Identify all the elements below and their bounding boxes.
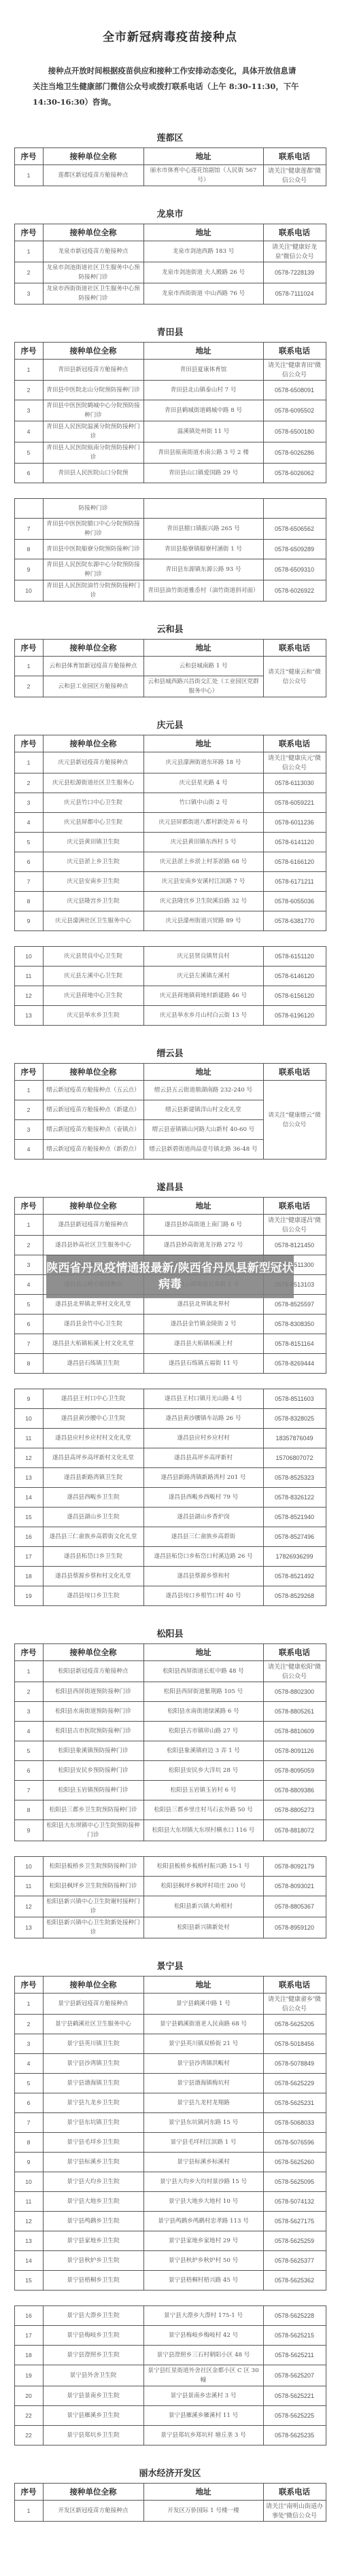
unit-name: 遂昌县三仁畲族乡高碧街文化礼堂 [43,1527,143,1547]
row-number: 1 [14,752,43,773]
unit-name: 景宁县梅岐乡卫生院 [43,2326,143,2346]
table-row: 1遂昌县新冠疫苗方舱接种点遂昌县妙高街道上南门路 6 号请关注“健康遂昌”微信公… [14,1215,326,1236]
row-number: 8 [14,2133,43,2153]
row-number: 2 [14,381,43,400]
section-0: 莲都区序号接种单位全称地址联系电话1莲都区新冠疫苗方舱接种点丽水市体育中心莲花馆… [0,130,340,186]
unit-name: 遂昌县王村口中心卫生院 [43,1389,143,1409]
table-row: 10松阳县板桥乡卫生院预防接种门诊松阳县板桥乡板桥村振兴路 15-1 号0578… [14,1857,326,1877]
row-number: 4 [14,1140,43,1160]
table-row: 9青田县人民医院东源中心分院预防接种门诊青田县东源镇东源公路 93 号0578-… [14,559,326,580]
unit-name: 青田县中医医院鹤城中心分院预防接种门诊 [43,400,143,421]
address: 庆元县贤良镇贤良村 [143,947,263,967]
address: 松阳县枫坪乡枫坪村项庄 200 号 [143,1877,263,1896]
unit-name: 松阳县象溪镇预防接种门诊 [43,1741,143,1761]
address: 龙泉市剑池西路 183 号 [143,241,263,262]
unit-name: 景宁县渤海镇卫生院 [43,2074,143,2093]
unit-name: 庆元县新冠疫苗方舱接种点 [43,752,143,773]
table-row: 3青田县中医医院鹤城中心分院预防接种门诊青田县鹤城街道鹤城中路 8 号0578-… [14,400,326,421]
unit-name: 开发区新冠疫苗方舱接种点 [43,2501,143,2522]
address: 遂昌县湖山乡香炉岗 [143,1508,263,1527]
table-row: 11庆元县左溪中心卫生院庆元县左溪镇左溪村0578-6146120 [14,967,326,986]
unit-name: 莲都区新冠疫苗方舱接种点 [43,165,143,186]
header-phone: 联系电话 [263,1977,326,1994]
address: 遂昌县石练镇五福街 11 号 [143,1354,263,1374]
address: 庆元县黄田镇东西村 5 号 [143,833,263,852]
header-no: 序号 [14,148,43,165]
table-header-row: 序号接种单位全称地址联系电话 [14,735,326,752]
phone: 0578-8328025 [263,1409,326,1429]
phone: 0578-6095502 [263,400,326,421]
row-number: 4 [14,2054,43,2074]
unit-name: 景宁县大漈乡卫生院 [43,2306,143,2326]
site-table-continued: 防接种门诊7青田县中医医院腊口中心分院预防接种门诊青田县腊口镇振兴路 265 号… [14,498,326,602]
unit-name: 庆元县举水乡卫生院 [43,1006,143,1026]
phone: 0578-5627175 [263,2212,326,2231]
phone: 0578-8810609 [263,1722,326,1741]
address: 龙泉市西街街道 中山西路 76 号 [143,283,263,304]
table-row: 7庆元县安南乡卫生院庆元县安南乡安溪村江滨路 7 号0578-6171211 [14,872,326,892]
phone: 17826936299 [263,1547,326,1567]
unit-name: 遂昌县黄沙腰中心卫生院 [43,1409,143,1429]
row-number: 7 [14,1781,43,1800]
row-number: 13 [14,1468,43,1488]
row-number: 7 [14,1334,43,1354]
unit-name: 青田县人民医院瓯南分院预防接种门诊 [43,442,143,464]
row-number: 12 [14,986,43,1006]
address: 庆元县星光路 4 号 [143,773,263,793]
address: 景宁县梅岐乡梅岐村 42 号 [143,2326,263,2346]
row-number: 6 [14,2093,43,2113]
table-row: 10遂昌县黄沙腰中心卫生院遂昌县黄沙腰镇车站路 26 号0578-8328025 [14,1409,326,1429]
address: 遂昌县金竹镇金陵街 2 号 [143,1315,263,1334]
unit-name: 景宁县鸬鹚乡卫生院 [43,2212,143,2231]
table-header-row: 序号接种单位全称地址联系电话 [14,1198,326,1215]
header-phone: 联系电话 [263,1064,326,1081]
row-number: 9 [14,1820,43,1841]
phone: 0578-8092179 [263,1857,326,1877]
row-number: 7 [14,872,43,892]
row-number: 5 [14,1295,43,1315]
phone: 0578-8805273 [263,1800,326,1820]
address: 景宁县秋炉乡秋炉村 50 号 [143,2251,263,2271]
table-row: 8景宁县毛垟乡卫生院景宁县毛垟村江滨路 1 号0578-5076596 [14,2133,326,2153]
address: 青田县瓯南街道水南公路 3 号 2 楼 [143,442,263,464]
address: 景宁县标溪乡标溪村 [143,2153,263,2172]
address: 景宁县大漈乡大漈村 175-1 号 [143,2306,263,2326]
document-title: 全市新冠病毒疫苗接种点 [0,0,340,44]
header-no: 序号 [14,1644,43,1661]
section-title: 遂昌县 [0,1180,340,1193]
phone: 0578-5625259 [263,2231,326,2251]
phone: 0578-8093021 [263,1877,326,1896]
row-number: 19 [14,2365,43,2386]
unit-name: 遂昌县新路湾镇卫生院 [43,1468,143,1488]
site-table: 序号接种单位全称地址联系电话1松阳县新冠疫苗方舱接种点松阳县西屏街道长虹中路 4… [14,1643,326,1841]
table-header-row: 序号接种单位全称地址联系电话 [14,1977,326,1994]
phone: 0578-6026922 [263,580,326,602]
table-row: 11松阳县枫坪乡卫生院预防接种门诊松阳县枫坪乡枫坪村项庄 200 号0578-8… [14,1877,326,1896]
unit-name: 景宁县澄照乡卫生院 [43,2346,143,2365]
section-2: 青田县序号接种单位全称地址联系电话1青田县新冠疫苗方舱接种点青田县夏康体育馆请关… [0,325,340,602]
row-number: 18 [14,2346,43,2365]
unit-name: 青田县人民医院东源中心分院预防接种门诊 [43,559,143,580]
table-row: 2庆元县松源街道社区卫生服务心庆元县星光路 4 号0578-6113030 [14,773,326,793]
site-table: 序号接种单位全称地址联系电话1景宁县新冠疫苗方舱接种点景宁县鹤溪中路 1 号请关… [14,1976,326,2291]
address: 庆元县濛洲街道东环路 18 号 [143,752,263,773]
address: 庆元县隆宫乡卫生院溪沿路 32 号 [143,892,263,911]
unit-name: 庆元县荷地中心卫生院 [43,986,143,1006]
phone: 0578-8521940 [263,1508,326,1527]
phone: 0578-6500180 [263,421,326,442]
row-number: 14 [14,2251,43,2271]
phone: 请关注“健康莲都”微信公众号 [263,165,326,186]
table-row: 13遂昌县新路湾镇卫生院遂昌县新路湾镇新路湾村 201 号0578-852532… [14,1468,326,1488]
table-row: 13庆元县举水乡卫生院庆元县举水乡月山村白云街 13 号0578-6196120 [14,1006,326,1026]
phone: 0578-5625225 [263,2406,326,2426]
phone: 0578-7228139 [263,262,326,283]
table-row: 6庆元县淤上乡卫生院庆元县淤上乡淤上村茶淤路 68 号0578-6166120 [14,852,326,872]
header-unit: 接种单位全称 [43,224,143,241]
phone: 0578-8269444 [263,1354,326,1374]
table-row: 7遂昌县大柘镇柘溪上村文化礼堂遂昌县大柘镇柘溪上村0578-8151164 [14,1334,326,1354]
table-row: 14景宁县秋炉乡卫生院景宁县秋炉乡秋炉村 50 号0578-5625377 [14,2251,326,2271]
phone: 0578-5625377 [263,2251,326,2271]
row-number: 7 [14,519,43,540]
table-row: 1青田县新冠疫苗方舱接种点青田县夏康体育馆请关注“健康青田”微信公众号 [14,360,326,381]
row-number: 1 [14,241,43,262]
table-row: 9景宁县标溪乡卫生院景宁县标溪乡标溪村0578-5625260 [14,2153,326,2172]
phone: 0578-8521492 [263,1567,326,1586]
unit-name: 青田县人民医院山口分院预 [43,464,143,483]
row-number: 2 [14,773,43,793]
table-header-row: 序号接种单位全称地址联系电话 [14,148,326,165]
address: 缙云县壶镇镇山河路大山新村 40-60 号 [143,1120,263,1140]
site-table-continued: 9遂昌县王村口中心卫生院遂昌县王村口镇月光山路 4 号0578-85116031… [14,1389,326,1606]
table-row: 9松阳县大东坝镇中心卫生院预防接种门诊松阳县大东坝镇大东坝村横水口 116 号0… [14,1820,326,1841]
header-address: 地址 [143,224,263,241]
row-number: 22 [14,2406,43,2426]
phone: 0578-6026062 [263,464,326,483]
address: 青田县山口镇爱国路 29 号 [143,464,263,483]
header-phone: 联系电话 [263,1198,326,1215]
row-number: 11 [14,2192,43,2212]
unit-name: 松阳县水南街道预防接种门诊 [43,1702,143,1722]
unit-name: 松阳县枫坪乡卫生院预防接种门诊 [43,1877,143,1896]
phone: 0578-6055036 [263,892,326,911]
row-number: 2 [14,676,43,697]
address: 景宁县鹤溪中路 1 号 [143,1994,263,2015]
row-number: 1 [14,1081,43,1100]
address: 松阳县板桥乡板桥村振兴路 15-1 号 [143,1857,263,1877]
row-number: 17 [14,2326,43,2346]
header-phone: 联系电话 [263,224,326,241]
header-unit: 接种单位全称 [43,2484,143,2501]
section-7: 松阳县序号接种单位全称地址联系电话1松阳县新冠疫苗方舱接种点松阳县西屏街道长虹中… [0,1626,340,1938]
phone: 0578-5625228 [263,2306,326,2326]
header-no: 序号 [14,1064,43,1081]
phone: 0578-5625260 [263,2153,326,2172]
unit-name: 庆元县左溪中心卫生院 [43,967,143,986]
row-number: 4 [14,1722,43,1741]
section-4: 庆元县序号接种单位全称地址联系电话1庆元县新冠疫苗方舱接种点庆元县濛洲街道东环路… [0,718,340,1026]
unit-name: 景宁县家地乡卫生院 [43,2231,143,2251]
address: 遂昌县蔡源乡蔡和村 [143,1567,263,1586]
phone: 0578-8805367 [263,1896,326,1917]
unit-name: 遂昌县垵口乡卫生院 [43,1586,143,1606]
site-table: 序号接种单位全称地址联系电话1庆元县新冠疫苗方舱接种点庆元县濛洲街道东环路 18… [14,735,326,931]
unit-name: 庆元县屏都中心卫生院 [43,813,143,833]
table-row: 1松阳县新冠疫苗方舱接种点松阳县西屏街道长虹中路 48 号请关注“健康松阳”微信… [14,1661,326,1682]
unit-name: 遂昌县妙高社区卫生服务中心 [43,1236,143,1255]
unit-name: 松阳县板桥乡卫生院预防接种门诊 [43,1857,143,1877]
table-row: 2松阳县西屏街道预防接种门诊松阳县西屏街道紫荆路 105 号0578-88023… [14,1682,326,1702]
table-row: 14遂昌县西畈乡卫生院遂昌县西畈乡西畈村 79 号0578-8326122 [14,1488,326,1508]
header-unit: 接种单位全称 [43,735,143,752]
unit-name: 松阳县大东坝镇中心卫生院预防接种门诊 [43,1820,143,1841]
address: 景宁县鸬鹚乡鸬鹚村忠孝路 113 号 [143,2212,263,2231]
table-row: 9遂昌县王村口中心卫生院遂昌县王村口镇月光山路 4 号0578-8511603 [14,1389,326,1409]
address: 温溪镇处州街 11 号 [143,421,263,442]
sections-container: 莲都区序号接种单位全称地址联系电话1莲都区新冠疫苗方舱接种点丽水市体育中心莲花馆… [0,130,340,2522]
header-address: 地址 [143,343,263,360]
address: 景宁县大地乡大地村 10 号 [143,2192,263,2212]
unit-name: 景宁县鹤溪社区卫生服务中心 [43,2015,143,2034]
table-row: 7松阳县玉岩镇预防接种门诊松阳县玉岩镇玉岩村 6 号0578-8809386 [14,1781,326,1800]
phone: 0578-6141120 [263,833,326,852]
address: 青田县鹤城街道鹤城中路 8 号 [143,400,263,421]
phone: 0578-6196120 [263,1006,326,1026]
phone: 请关注“健康青田”微信公众号 [263,360,326,381]
unit-name: 松阳县新兴镇中心卫生院谢村接种门诊 [43,1896,143,1917]
phone: 0578-5625215 [263,2326,326,2346]
phone: 请关注“南明山街道办事处”微信公众号 [263,2501,326,2522]
unit-name: 景宁县外舍卫生院 [43,2365,143,2386]
phone: 请关注“健康松阳”微信公众号 [263,1661,326,1682]
table-row: 6遂昌县金竹中心卫生院遂昌县金竹镇金陵街 2 号0578-8308350 [14,1315,326,1334]
address: 庆元县安南乡安溪村江滨路 7 号 [143,872,263,892]
table-header-row: 序号接种单位全称地址联系电话 [14,2484,326,2501]
address: 庆元县举水乡月山村白云街 13 号 [143,1006,263,1026]
phone: 0578-5625235 [263,2426,326,2446]
phone: 0578-6026286 [263,442,326,464]
table-row: 8松阳县三都乡卫生院预防接种门诊松阳县三都乡里庄村马石玄外路 50 号0578-… [14,1800,326,1820]
unit-name: 遂昌县大柘镇柘溪上村文化礼堂 [43,1334,143,1354]
phone: 0578-5076596 [263,2133,326,2153]
phone: 0578-8805261 [263,1702,326,1722]
phone: 0578-5625221 [263,2386,326,2406]
table-row: 11遂昌县应村乡应村村文化礼堂遂昌县应村乡应村村18357876049 [14,1429,326,1448]
header-no: 序号 [14,224,43,241]
table-row: 5景宁县渤海镇卫生院景宁县渤海镇梅坑村0578-5625229 [14,2074,326,2093]
address: 龙泉市剑池街道 夫人殿路 26 号 [143,262,263,283]
table-row: 1龙泉市新冠疫苗方舱接种点龙泉市剑池西路 183 号请关注“健康好龙泉”微信公众… [14,241,326,262]
address: 庆元县左溪镇左溪村 [143,967,263,986]
row-number: 11 [14,1877,43,1896]
unit-name: 景宁县东坑镇卫生院 [43,2113,143,2133]
row-number: 8 [14,540,43,559]
address: 遂昌县妙高街道龙谷路 272 号 [143,1236,263,1255]
unit-name: 庆元县贤良中心卫生院 [43,947,143,967]
table-row: 10庆元县贤良中心卫生院庆元县贤良镇贤良村0578-6151120 [14,947,326,967]
table-row: 6景宁县九龙乡卫生院景宁县九龙村龙翔路0578-5625231 [14,2093,326,2113]
address: 遂昌县妙高街道上南门路 6 号 [143,1215,263,1236]
phone: 0578-8326122 [263,1488,326,1508]
phone: 0578-8151164 [263,1334,326,1354]
table-row: 12遂昌县高坪乡高坪新村文化礼堂遂昌县高坪乡高坪新村15706807072 [14,1448,326,1468]
table-row: 20景宁县景南乡卫生院景宁县景南乡忠溪村 3 号0578-5625221 [14,2386,326,2406]
header-phone: 联系电话 [263,2484,326,2501]
phone: 0578-6059221 [263,793,326,813]
header-address: 地址 [143,735,263,752]
header-address: 地址 [143,1198,263,1215]
unit-name: 景宁县大均乡卫生院 [43,2172,143,2192]
row-number: 6 [14,464,43,483]
address: 景宁县郑坑乡郑坑村 塘丘垄 3 号 [143,2426,263,2446]
unit-name: 遂昌县应村乡应村村文化礼堂 [43,1429,143,1448]
unit-name: 庆元县濛洲社区卫生服务中心 [43,911,143,931]
table-row: 11景宁县大地乡卫生院景宁县大地乡大地村 10 号0578-5074132 [14,2192,326,2212]
phone: 0578-6146120 [263,967,326,986]
address: 遂昌县大柘镇柘溪上村 [143,1334,263,1354]
table-row: 3景宁县英川镇卫生院景宁县英川镇双桥街 21 号0578-5018456 [14,2034,326,2054]
unit-name: 龙泉市新冠疫苗方舱接种点 [43,241,143,262]
table-row: 13松阳县新兴镇中心卫生院新处接种门诊松阳县新兴镇新处村0578-8959120 [14,1917,326,1938]
address: 松阳县安民乡大洋坑 28 号 [143,1761,263,1781]
table-row: 1庆元县新冠疫苗方舱接种点庆元县濛洲街道东环路 18 号请关注“健康庆元”微信公… [14,752,326,773]
section-6: 遂昌县序号接种单位全称地址联系电话1遂昌县新冠疫苗方舱接种点遂昌县妙高街道上南门… [0,1180,340,1606]
address: 景宁县雁溪乡雁溪村 11 号 [143,2406,263,2426]
phone: 请关注“健康畲乡”微信公众号 [263,1994,326,2015]
section-title: 青田县 [0,325,340,338]
unit-name: 遂昌县西畈乡卫生院 [43,1488,143,1508]
table-row: 8青田县中医院船寮分院预防接种门诊青田县船寮镇船寮村涵街 1 号0578-650… [14,540,326,559]
site-table: 序号接种单位全称地址联系电话1云和县体育馆新冠疫苗方舱接种点云和县城南路 1 号… [14,639,326,697]
table-header-row: 序号接种单位全称地址联系电话 [14,343,326,360]
address: 景宁县九龙村龙翔路 [143,2093,263,2113]
address: 遂昌县三仁畲族乡高碧街 [143,1527,263,1547]
row-number: 14 [14,1488,43,1508]
address: 青田县油竹街道雅岙村（油竹街道斜对面） [143,580,263,602]
row-number: 17 [14,1547,43,1567]
unit-name: 缙云新冠疫苗方舱接种点（壶镇点） [43,1120,143,1140]
phone: 0578-8308350 [263,1315,326,1334]
table-row: 4青田县人民医院温溪分院预防接种门诊温溪镇处州街 11 号0578-650018… [14,421,326,442]
row-number: 8 [14,892,43,911]
unit-name: 景宁县九龙乡卫生院 [43,2093,143,2113]
row-number: 13 [14,1917,43,1938]
row-number: 1 [14,1994,43,2015]
phone: 0578-8818072 [263,1820,326,1841]
address: 遂昌县垵口乡根竹口村 40 号 [143,1586,263,1606]
bottom-space [0,2522,340,2576]
unit-name: 云和县工业园区方舱接种点 [43,676,143,697]
section-9: 丽水经济开发区序号接种单位全称地址联系电话1开发区新冠疫苗方舱接种点开发区万侨国… [0,2466,340,2522]
phone: 0578-6506562 [263,519,326,540]
phone: 0578-8802300 [263,1682,326,1702]
table-header-row: 序号接种单位全称地址联系电话 [14,640,326,657]
address: 遂昌县王村口镇月光山路 4 号 [143,1389,263,1409]
unit-name: 遂昌县湖山乡卫生院 [43,1508,143,1527]
table-row: 3松阳县水南街道预防接种门诊松阳县水南街道绿溪路 6 号0578-8805261 [14,1702,326,1722]
row-number: 12 [14,1896,43,1917]
section-8: 景宁县序号接种单位全称地址联系电话1景宁县新冠疫苗方舱接种点景宁县鹤溪中路 1 … [0,1959,340,2446]
phone: 0578-8511603 [263,1389,326,1409]
header-no: 序号 [14,735,43,752]
phone: 0578-5018456 [263,2034,326,2054]
row-number: 9 [14,911,43,931]
address: 景宁县毛垟村江滨路 1 号 [143,2133,263,2153]
phone: 0578-6171211 [263,872,326,892]
row-number: 6 [14,1761,43,1781]
header-phone: 联系电话 [263,343,326,360]
row-number: 12 [14,2212,43,2231]
address: 景宁县澄照乡三石村朝阳小区 48 号 [143,2346,263,2365]
phone: 0578-5625205 [263,2015,326,2034]
unit-name: 松阳县安民乡预防接种门诊 [43,1761,143,1781]
table-row: 7青田县中医医院腊口中心分院预防接种门诊青田县腊口镇振兴路 265 号0578-… [14,519,326,540]
table-row: 9庆元县濛洲社区卫生服务中心庆元县濛州街道兴贸路 89 号0578-638177… [14,911,326,931]
address: 松阳县三都乡里庄村马石玄外路 50 号 [143,1800,263,1820]
row-number: 10 [14,580,43,602]
site-table: 序号接种单位全称地址联系电话1开发区新冠疫苗方舱接种点开发区万侨国际 1 号楼一… [14,2483,326,2522]
unit-name: 缙云新冠疫苗方舱接种点（五云点） [43,1081,143,1100]
header-address: 地址 [143,1977,263,1994]
row-number: 15 [14,1508,43,1527]
phone: 0578-5625207 [263,2365,326,2386]
section-title: 庆元县 [0,718,340,731]
row-number: 10 [14,1857,43,1877]
unit-name: 松阳县新兴镇中心卫生院新处接种门诊 [43,1917,143,1938]
address: 松阳县象溪镇府边 3 弄 1 号 [143,1741,263,1761]
phone: 0578-6508091 [263,381,326,400]
header-address: 地址 [143,1064,263,1081]
site-table: 序号接种单位全称地址联系电话1青田县新冠疫苗方舱接种点青田县夏康体育馆请关注“健… [14,342,326,483]
address: 开发区万侨国际 1 号楼一楼 [143,2501,263,2522]
phone: 0578-5078849 [263,2054,326,2074]
row-number: 3 [14,400,43,421]
row-number: 3 [14,1120,43,1140]
row-number: 2 [14,1236,43,1255]
table-header-row: 序号接种单位全称地址联系电话 [14,1644,326,1661]
header-unit: 接种单位全称 [43,343,143,360]
section-title: 莲都区 [0,130,340,143]
table-row: 17遂昌县柘岱口乡卫生院遂昌县柘岱口乡柘岱口村溪边路 26 号178269362… [14,1547,326,1567]
unit-name: 青田县中医院北山分院预防接种门诊 [43,381,143,400]
phone: 0578-6151120 [263,947,326,967]
phone: 0578-6509310 [263,559,326,580]
table-row: 10青田县人民医院油竹分院预防接种门诊青田县油竹街道雅岙村（油竹街道斜对面）05… [14,580,326,602]
section-title: 缙云县 [0,1046,340,1059]
row-number: 1 [14,2501,43,2522]
phone: 0578-8095059 [263,1761,326,1781]
unit-name: 景宁县雁溪乡卫生院 [43,2406,143,2426]
shared-phone: 请关注“健康云和”微信公众号 [263,657,326,697]
unit-name: 景宁县郑坑乡卫生院 [43,2426,143,2446]
row-number: 20 [14,2386,43,2406]
unit-name: 景宁县大地乡卫生院 [43,2192,143,2212]
table-row: 2景宁县鹤溪社区卫生服务中心景宁县鹤溪街道老人民南路 68 号0578-5625… [14,2015,326,2034]
table-row: 17景宁县梅岐乡卫生院景宁县梅岐乡梅岐村 42 号0578-5625215 [14,2326,326,2346]
table-row: 12景宁县鸬鹚乡卫生院景宁县鸬鹚乡鸬鹚村忠孝路 113 号0578-562717… [14,2212,326,2231]
phone: 请关注“健康庆元”微信公众号 [263,752,326,773]
address: 丽水市体育中心莲花馆副馆（人民街 567 号） [143,165,263,186]
table-row: 10景宁县大均乡卫生院景宁县大均乡大均村景沙路 15 号0578-5625095 [14,2172,326,2192]
unit-name: 云和县体育馆新冠疫苗方舱接种点 [43,657,143,676]
row-number: 4 [14,813,43,833]
row-number: 13 [14,2231,43,2251]
row-number: 1 [14,1661,43,1682]
section-3: 云和县序号接种单位全称地址联系电话1云和县体育馆新冠疫苗方舱接种点云和县城南路 … [0,622,340,697]
